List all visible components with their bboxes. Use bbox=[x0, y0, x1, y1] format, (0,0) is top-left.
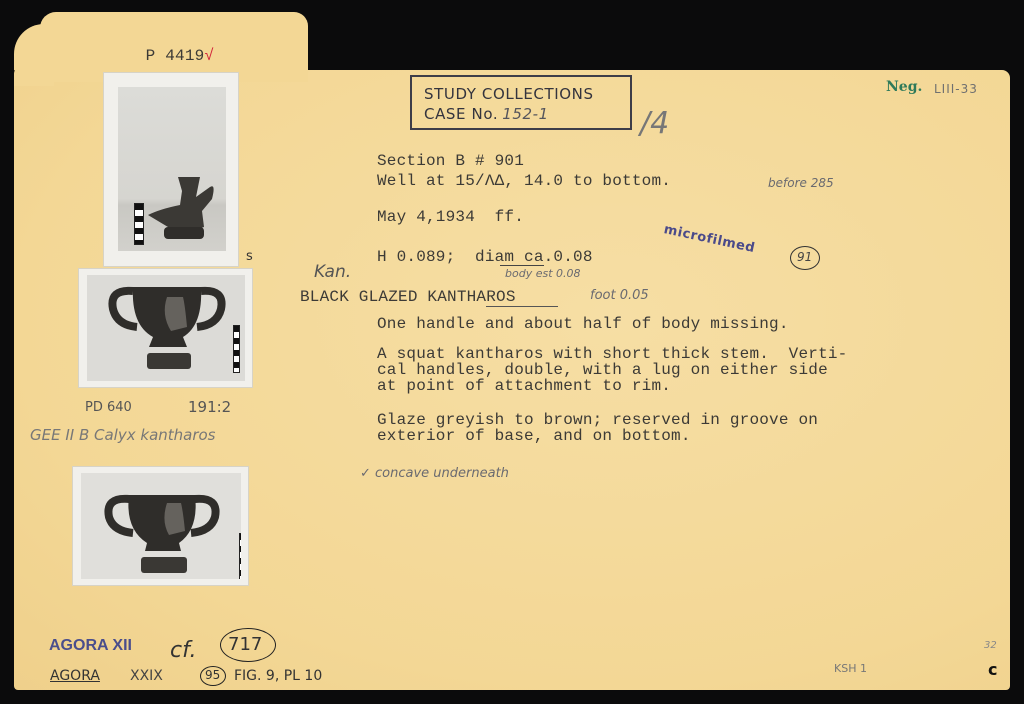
title-line: BLACK GLAZED KANTHAROS bbox=[300, 289, 516, 305]
kantharos-illustration bbox=[87, 275, 245, 381]
photo-front-view-2 bbox=[73, 467, 248, 585]
cf-number: 717 bbox=[228, 634, 262, 655]
gee-reference: GEE II B Calyx kantharos bbox=[30, 426, 216, 444]
dimensions-note: body est 0.08 bbox=[505, 267, 581, 280]
kantharos-illustration bbox=[81, 473, 241, 579]
inventory-number: P 4419√ bbox=[126, 32, 214, 64]
corner-small-mark: 32 bbox=[984, 640, 997, 651]
circled-number: 91 bbox=[797, 250, 812, 264]
corner-mark: c bbox=[988, 660, 997, 679]
scale-bar bbox=[239, 533, 241, 579]
ca-underline bbox=[500, 265, 544, 266]
well-note: before 285 bbox=[768, 176, 834, 190]
description-line-2: cal handles, double, with a lug on eithe… bbox=[377, 362, 828, 378]
photo-side-view bbox=[104, 73, 238, 266]
date-line: May 4,1934 ff. bbox=[377, 209, 524, 225]
section-line: Section B # 901 bbox=[377, 153, 524, 169]
condition-line: One handle and about half of body missin… bbox=[377, 316, 789, 332]
agora-label: AGORA bbox=[50, 668, 100, 684]
glaze-line-1: Glaze greyish to brown; reserved in groo… bbox=[377, 412, 818, 428]
kan-note: Kan. bbox=[314, 262, 351, 282]
scale-bar bbox=[134, 203, 144, 245]
negative-value: LIII-33 bbox=[934, 82, 978, 96]
well-line: Well at 15/ΛΔ, 14.0 to bottom. bbox=[377, 173, 671, 189]
agora-refs: FIG. 9, PL 10 bbox=[234, 668, 322, 684]
stamp-case: CASE No.152-1 bbox=[424, 105, 549, 123]
concave-note: ✓ concave underneath bbox=[360, 466, 509, 481]
agora-number: 95 bbox=[205, 668, 220, 682]
negative-label: Neg. bbox=[886, 79, 922, 95]
cf-label: cf. bbox=[170, 638, 196, 663]
pd-number: PD 640 bbox=[85, 400, 132, 415]
agora-volume: XXIX bbox=[130, 668, 163, 684]
dimensions-line: H 0.089; diam ca.0.08 bbox=[377, 249, 593, 265]
check-mark-icon: √ bbox=[204, 47, 214, 65]
scale-bar bbox=[233, 325, 240, 373]
fig-reference: 191:2 bbox=[188, 398, 231, 416]
stamp-title: STUDY COLLECTIONS bbox=[424, 85, 594, 103]
photo-mark: s bbox=[246, 249, 253, 264]
photo-front-view-1 bbox=[79, 269, 252, 387]
agora-xii-stamp: AGORA XII bbox=[49, 637, 132, 655]
handwritten-fraction: /4 bbox=[640, 106, 669, 141]
title-underline bbox=[486, 306, 558, 307]
study-collections-stamp: STUDY COLLECTIONS CASE No.152-1 bbox=[410, 75, 632, 130]
case-number: 152-1 bbox=[502, 105, 549, 123]
description-line-3: at point of attachment to rim. bbox=[377, 378, 671, 394]
ksh-note: KSH 1 bbox=[834, 662, 867, 675]
glaze-line-2: exterior of base, and on bottom. bbox=[377, 428, 691, 444]
description-line-1: A squat kantharos with short thick stem.… bbox=[377, 346, 847, 362]
foot-note: foot 0.05 bbox=[590, 288, 649, 303]
